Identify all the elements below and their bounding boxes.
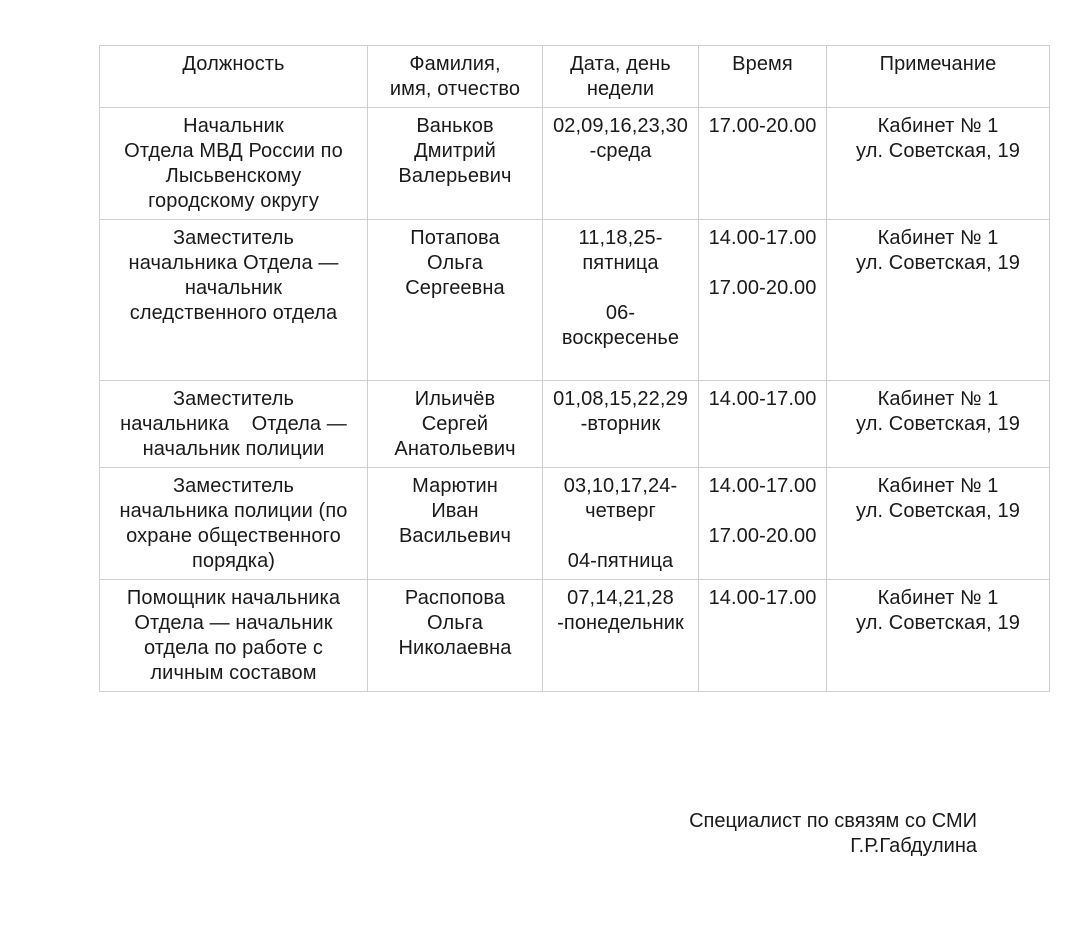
cell-full-name: Ильичёв Сергей Анатольевич — [368, 381, 543, 468]
time-entry: 17.00-20.00 — [702, 276, 823, 301]
time-entry: 14.00-17.00 — [709, 587, 817, 609]
cell-note: Кабинет № 1 ул. Советская, 19 — [827, 381, 1050, 468]
date-entry: 06- воскресенье — [562, 302, 679, 349]
cell-times: 14.00-17.0017.00-20.00 — [699, 220, 827, 381]
time-entry: 14.00-17.00 — [709, 388, 817, 410]
signature-name: Г.Р.Габдулина — [689, 834, 977, 859]
date-entry: 07,14,21,28 -понедельник — [557, 587, 684, 634]
cell-position: Заместитель начальника Отдела — начальни… — [100, 381, 368, 468]
reception-schedule-table: Должность Фамилия, имя, отчество Дата, д… — [99, 45, 1050, 692]
cell-dates: 07,14,21,28 -понедельник — [543, 580, 699, 692]
cell-times: 14.00-17.00 — [699, 580, 827, 692]
cell-position: Начальник Отдела МВД России по Лысьвенск… — [100, 108, 368, 220]
cell-full-name: Ваньков Дмитрий Валерьевич — [368, 108, 543, 220]
header-full-name: Фамилия, имя, отчество — [368, 46, 543, 108]
cell-dates: 11,18,25- пятница06- воскресенье — [543, 220, 699, 381]
date-entry: 03,10,17,24- четверг — [564, 475, 678, 522]
time-entry: 14.00-17.00 — [709, 475, 817, 497]
date-entry: 11,18,25- пятница — [579, 227, 663, 274]
cell-position: Помощник начальника Отдела — начальник о… — [100, 580, 368, 692]
signature-block: Специалист по связям со СМИ Г.Р.Габдулин… — [689, 809, 977, 859]
table-row: Заместитель начальника Отдела — начальни… — [100, 381, 1050, 468]
cell-position: Заместитель начальника полиции (по охран… — [100, 468, 368, 580]
time-entry: 17.00-20.00 — [709, 115, 817, 137]
cell-full-name: Марютин Иван Васильевич — [368, 468, 543, 580]
table-row: Помощник начальника Отдела — начальник о… — [100, 580, 1050, 692]
cell-position: Заместитель начальника Отдела — начальни… — [100, 220, 368, 381]
cell-dates: 01,08,15,22,29 -вторник — [543, 381, 699, 468]
cell-times: 14.00-17.0017.00-20.00 — [699, 468, 827, 580]
header-position: Должность — [100, 46, 368, 108]
cell-note: Кабинет № 1 ул. Советская, 19 — [827, 580, 1050, 692]
cell-times: 17.00-20.00 — [699, 108, 827, 220]
cell-full-name: Потапова Ольга Сергеевна — [368, 220, 543, 381]
date-entry: 02,09,16,23,30 -среда — [553, 115, 688, 162]
table-row: Заместитель начальника Отдела — начальни… — [100, 220, 1050, 381]
cell-note: Кабинет № 1 ул. Советская, 19 — [827, 468, 1050, 580]
date-entry: 04-пятница — [568, 550, 674, 572]
cell-full-name: Распопова Ольга Николаевна — [368, 580, 543, 692]
cell-note: Кабинет № 1 ул. Советская, 19 — [827, 220, 1050, 381]
header-time: Время — [699, 46, 827, 108]
cell-dates: 02,09,16,23,30 -среда — [543, 108, 699, 220]
signature-title: Специалист по связям со СМИ — [689, 809, 977, 834]
table-row: Начальник Отдела МВД России по Лысьвенск… — [100, 108, 1050, 220]
time-entry: 14.00-17.00 — [709, 227, 817, 249]
time-entry: 17.00-20.00 — [702, 524, 823, 549]
cell-dates: 03,10,17,24- четверг04-пятница — [543, 468, 699, 580]
cell-note: Кабинет № 1 ул. Советская, 19 — [827, 108, 1050, 220]
header-date-weekday: Дата, день недели — [543, 46, 699, 108]
table-row: Заместитель начальника полиции (по охран… — [100, 468, 1050, 580]
cell-times: 14.00-17.00 — [699, 381, 827, 468]
table-header-row: Должность Фамилия, имя, отчество Дата, д… — [100, 46, 1050, 108]
header-note: Примечание — [827, 46, 1050, 108]
date-entry: 01,08,15,22,29 -вторник — [553, 388, 688, 435]
